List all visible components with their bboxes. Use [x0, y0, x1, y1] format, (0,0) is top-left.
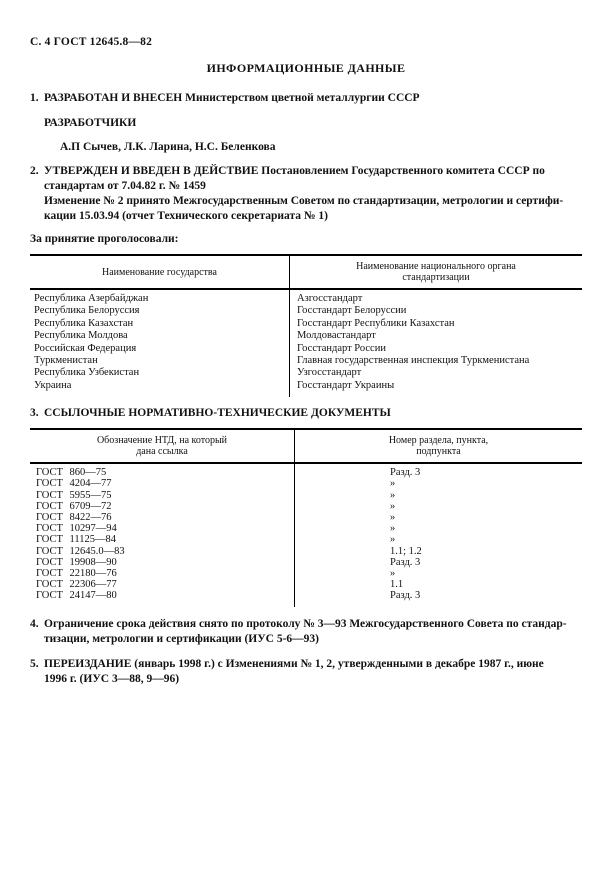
table-row-ref: 1.1 [390, 579, 582, 590]
states-table-col2-header: Наименование национального органа станда… [290, 256, 582, 288]
table-row-ref: » [390, 501, 582, 512]
item-1-text: РАЗРАБОТАН И ВНЕСЕН Министерством цветно… [44, 91, 420, 106]
states-table-header: Наименование государства Наименование на… [30, 256, 582, 290]
table-row-org: Азгосстандарт [297, 293, 582, 305]
item-5-number: 5. [30, 657, 44, 687]
developers-names: А.П Сычев, Л.К. Ларина, Н.С. Беленкова [60, 140, 582, 155]
item-2: 2. УТВЕРЖДЕН И ВВЕДЕН В ДЕЙСТВИЕ Постано… [30, 164, 582, 224]
item-1-number: 1. [30, 91, 44, 106]
table-row-doc: ГОСТ 11125—84 [36, 534, 294, 545]
table-row-doc: ГОСТ 8422—76 [36, 512, 294, 523]
section-3-number: 3. [30, 406, 44, 421]
table-row-doc: ГОСТ 10297—94 [36, 523, 294, 534]
table-row-state: Республика Казахстан [34, 318, 289, 330]
table-row-ref: » [390, 512, 582, 523]
table-row-org: Госстандарт Республики Казахстан [297, 318, 582, 330]
table-row-doc: ГОСТ 12645.0—83 [36, 546, 294, 557]
item-4: 4. Ограничение срока действия снято по п… [30, 617, 582, 647]
table-row-ref: » [390, 478, 582, 489]
item-5: 5. ПЕРЕИЗДАНИЕ (январь 1998 г.) с Измене… [30, 657, 582, 687]
table-row-state: Республика Азербайджан [34, 293, 289, 305]
table-row-org: Госстандарт Украины [297, 380, 582, 392]
table-row-org: Главная государственная инспекция Туркме… [297, 355, 582, 367]
references-table-col2-header: Номер раздела, пункта, подпункта [295, 430, 582, 462]
table-row-org: Госстандарт Белоруссии [297, 305, 582, 317]
table-row-state: Российская Федерация [34, 343, 289, 355]
table-row-org: Узгосстандарт [297, 367, 582, 379]
table-row-doc: ГОСТ 22306—77 [36, 579, 294, 590]
table-row-ref: Разд. 3 [390, 467, 582, 478]
table-row-doc: ГОСТ 22180—76 [36, 568, 294, 579]
states-table-col1-header: Наименование государства [30, 256, 290, 288]
table-row-state: Туркменистан [34, 355, 289, 367]
page-header: С. 4 ГОСТ 12645.8—82 [30, 36, 582, 48]
item-1: 1. РАЗРАБОТАН И ВНЕСЕН Министерством цве… [30, 91, 582, 106]
table-row-doc: ГОСТ 24147—80 [36, 590, 294, 601]
orgs-column: Азгосстандарт Госстандарт Белоруссии Гос… [290, 290, 582, 397]
voting-intro: За принятие проголосовали: [30, 232, 582, 247]
developers-heading: РАЗРАБОТЧИКИ [44, 116, 582, 131]
section-3-title: ССЫЛОЧНЫЕ НОРМАТИВНО-ТЕХНИЧЕСКИЕ ДОКУМЕН… [44, 406, 391, 421]
references-table-header: Обозначение НТД, на который дана ссылка … [30, 430, 582, 464]
table-row-state: Республика Белоруссия [34, 305, 289, 317]
table-row-ref: » [390, 490, 582, 501]
document-page: С. 4 ГОСТ 12645.8—82 ИНФОРМАЦИОННЫЕ ДАНН… [0, 0, 610, 882]
item-2-number: 2. [30, 164, 44, 224]
states-table-body: Республика Азербайджан Республика Белору… [30, 290, 582, 397]
page-title: ИНФОРМАЦИОННЫЕ ДАННЫЕ [30, 61, 582, 76]
docs-column: ГОСТ 860—75 ГОСТ 4204—77 ГОСТ 5955—75 ГО… [30, 464, 295, 606]
table-row-ref: » [390, 568, 582, 579]
references-table-col1-header: Обозначение НТД, на который дана ссылка [30, 430, 295, 462]
states-table: Наименование государства Наименование на… [30, 254, 582, 397]
table-row-ref: Разд. 3 [390, 557, 582, 568]
item-5-text: ПЕРЕИЗДАНИЕ (январь 1998 г.) с Изменения… [44, 657, 544, 687]
table-row-doc: ГОСТ 4204—77 [36, 478, 294, 489]
item-4-number: 4. [30, 617, 44, 647]
table-row-state: Республика Молдова [34, 330, 289, 342]
table-row-doc: ГОСТ 5955—75 [36, 490, 294, 501]
table-row-ref: » [390, 534, 582, 545]
table-row-state: Республика Узбекистан [34, 367, 289, 379]
table-row-ref: Разд. 3 [390, 590, 582, 601]
table-row-ref: 1.1; 1.2 [390, 546, 582, 557]
refs-column: Разд. 3 » » » » » » 1.1; 1.2 Разд. 3 » 1… [295, 464, 582, 606]
section-3-heading: 3. ССЫЛОЧНЫЕ НОРМАТИВНО-ТЕХНИЧЕСКИЕ ДОКУ… [30, 406, 582, 421]
item-2-text: УТВЕРЖДЕН И ВВЕДЕН В ДЕЙСТВИЕ Постановле… [44, 164, 563, 224]
states-column: Республика Азербайджан Республика Белору… [30, 290, 290, 397]
item-4-text: Ограничение срока действия снято по прот… [44, 617, 567, 647]
table-row-doc: ГОСТ 19908—90 [36, 557, 294, 568]
table-row-org: Молдовастандарт [297, 330, 582, 342]
table-row-state: Украина [34, 380, 289, 392]
table-row-doc: ГОСТ 860—75 [36, 467, 294, 478]
references-table-body: ГОСТ 860—75 ГОСТ 4204—77 ГОСТ 5955—75 ГО… [30, 464, 582, 606]
table-row-ref: » [390, 523, 582, 534]
table-row-org: Госстандарт России [297, 343, 582, 355]
table-row-doc: ГОСТ 6709—72 [36, 501, 294, 512]
references-table: Обозначение НТД, на который дана ссылка … [30, 428, 582, 606]
